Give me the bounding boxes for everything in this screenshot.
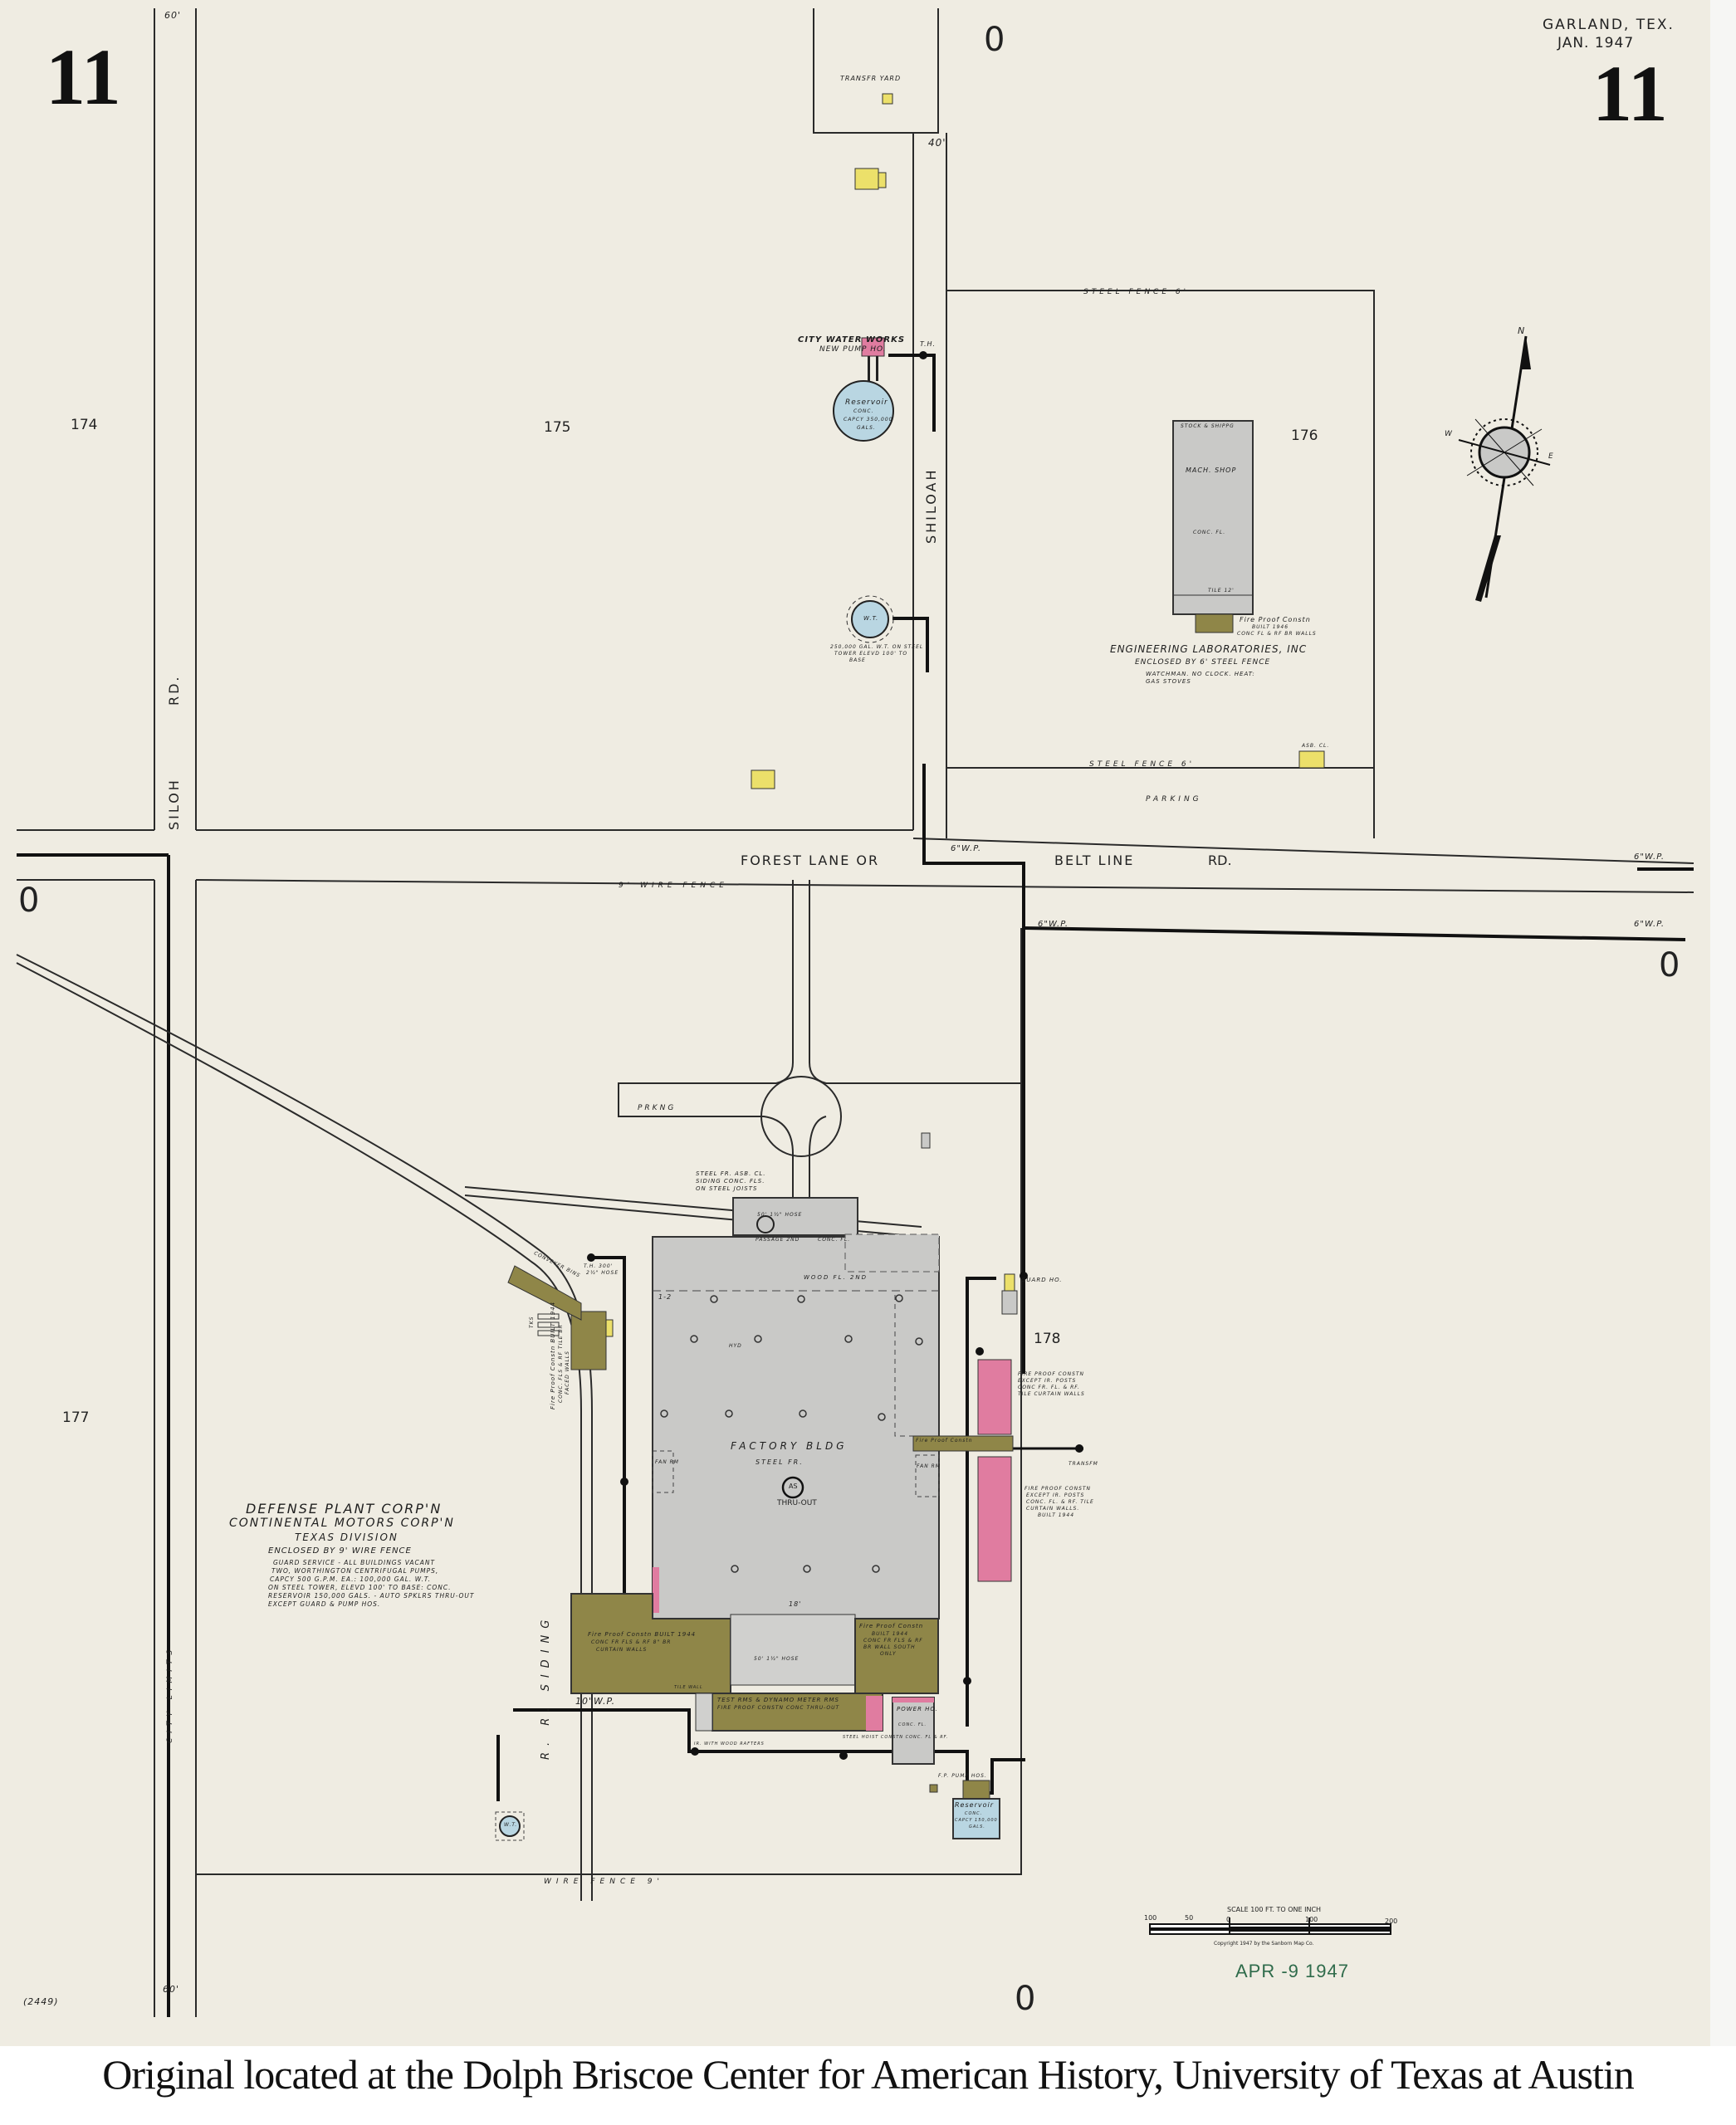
fan-room-east: FAN RM: [917, 1463, 941, 1469]
dwelling-north: [855, 169, 878, 189]
stock-shipping-label: STOCK & SHIPPG: [1181, 423, 1235, 429]
test-rooms-1: TEST RMS & DYNAMO METER RMS: [717, 1697, 839, 1703]
compass-w: W: [1445, 430, 1453, 438]
fp178-2a: FIRE PROOF CONSTN: [1024, 1486, 1091, 1492]
prkng-label: PRKNG: [638, 1104, 676, 1112]
fireproof-wing-east: [855, 1619, 938, 1693]
wire-fence-north: 9' WIRE FENCE: [619, 882, 728, 890]
passage-conc: CONC. FL.: [818, 1237, 850, 1243]
block-177: 177: [62, 1409, 89, 1426]
wt-north-label: W.T.: [863, 615, 878, 622]
fp-right-5: ONLY: [880, 1651, 897, 1657]
parking-label: PARKING: [1146, 795, 1202, 804]
reservoir-north-l2: CAPCY 350,000: [844, 417, 893, 423]
block-178: 178: [1034, 1331, 1060, 1347]
fp-right-4: BR WALL SOUTH: [863, 1644, 916, 1650]
wp-label-2: 6"W.P.: [1038, 920, 1068, 929]
city-water-works-label: CITY WATER WORKS: [798, 335, 905, 344]
mach-shop-label: MACH. SHOP: [1186, 467, 1236, 474]
eng-labs-enclosed: ENCLOSED BY 6' STEEL FENCE: [1135, 658, 1270, 667]
street-belt-line: BELT LINE: [1054, 852, 1134, 868]
scale-tick-200: 200: [1385, 1917, 1397, 1925]
fp178-1d: TILE CURTAIN WALLS: [1018, 1391, 1085, 1397]
fan-room-west: FAN RM: [655, 1459, 679, 1465]
factory-steel-fr: STEEL FR.: [756, 1458, 804, 1466]
defense-plant-note-1: GUARD SERVICE - ALL BUILDINGS VACANT: [273, 1559, 435, 1566]
defense-plant-note-2: TWO, WORTHINGTON CENTRIFUGAL PUMPS,: [271, 1567, 438, 1575]
dim-18: 18': [789, 1600, 801, 1608]
scale-tick-50: 50: [1185, 1914, 1193, 1922]
fp-right-3: CONC FR FLS & RF: [863, 1638, 923, 1644]
defense-plant-title-1: DEFENSE PLANT CORP'N: [246, 1501, 442, 1517]
boiler-fp-2: CONC. FLS & RF TILE BR: [558, 1324, 564, 1403]
street-shiloah: SHILOAH: [923, 467, 939, 544]
factory-as-mark: AS: [789, 1483, 798, 1490]
eng-fp-title: Fire Proof Constn: [1240, 616, 1311, 623]
power-house-conc: CONC. FL.: [898, 1722, 927, 1727]
factory-thru-out: THRU-OUT: [777, 1499, 817, 1507]
fp-left-3: CURTAIN WALLS: [596, 1647, 647, 1653]
eng-tile: TILE 12': [1208, 588, 1235, 594]
defense-plant-note-4: ON STEEL TOWER, ELEVD 100' TO BASE: CONC…: [268, 1584, 452, 1591]
reservoir-north-l3: GALS.: [857, 425, 876, 431]
reservoir-south-1: CONC.: [965, 1811, 982, 1816]
city-limits-label: CITY LIMITS: [166, 1645, 174, 1743]
reservoir-north-l1: CONC.: [853, 408, 874, 414]
wt-south-label: W.T.: [504, 1822, 517, 1828]
transfer-yard-label: TRANSFR YARD: [840, 75, 901, 82]
block-174: 174: [71, 417, 97, 433]
archive-caption: Original located at the Dolph Briscoe Ce…: [0, 2050, 1736, 2098]
eng-conc-fl: CONC. FL.: [1193, 530, 1225, 535]
fp178-1b: EXCEPT IR. POSTS: [1018, 1378, 1076, 1384]
defense-plant-title-2: CONTINENTAL MOTORS CORP'N: [229, 1517, 455, 1530]
street-belt-line-rd: RD.: [1208, 852, 1232, 868]
fp178-1a: FIRE PROOF CONSTN: [1018, 1371, 1084, 1377]
defense-plant-enclosed: ENCLOSED BY 9' WIRE FENCE: [268, 1546, 412, 1556]
office-note-3: ON STEEL JOISTS: [696, 1185, 757, 1192]
plate-mark-bottom: 0: [1015, 1980, 1035, 2018]
fp-pump-label: F.P. PUMP HOS.: [938, 1773, 987, 1779]
defense-plant-note-6: EXCEPT GUARD & PUMP HOS.: [268, 1600, 380, 1608]
siloh-width-bottom: 60': [163, 1984, 179, 1995]
steel-fence-north: STEEL FENCE 6': [1083, 288, 1189, 296]
reservoir-south-title: Reservoir: [955, 1801, 994, 1809]
office-178-north: [978, 1360, 1011, 1434]
block-176: 176: [1291, 427, 1318, 444]
eng-labs-notes-1: WATCHMAN. NO CLOCK. HEAT:: [1146, 671, 1255, 677]
asb-office: [1299, 751, 1324, 768]
eng-labs-name: ENGINEERING LABORATORIES, INC: [1110, 643, 1307, 655]
transfm-label: TRANSFM: [1068, 1461, 1098, 1467]
guard-ho-label: GUARD HO.: [1021, 1277, 1063, 1283]
test-rooms-2: FIRE PROOF CONSTN CONC THRU-OUT: [717, 1705, 839, 1711]
passage-label: PASSAGE 2ND: [756, 1237, 800, 1243]
office-note-2: SIDING CONC. FLS.: [696, 1178, 765, 1185]
compass-e: E: [1548, 452, 1554, 461]
wt-north-note-3: BASE: [849, 657, 866, 663]
steel-hoist: STEEL HOIST CONSTN CONC. FL & RF.: [843, 1735, 949, 1740]
fp178-2c: CONC. FL. & RF. TILE: [1026, 1499, 1094, 1505]
guard-house: [1002, 1291, 1017, 1314]
plate-mark-left: 0: [18, 882, 39, 920]
office-note-1: STEEL FR. ASB. CL.: [696, 1170, 766, 1177]
eng-fp-built: BUILT 1946: [1252, 624, 1289, 630]
steel-fence-south: STEEL FENCE 6': [1089, 760, 1195, 769]
sheet-number-left: 11: [46, 37, 121, 117]
eng-labs-notes-2: GAS STOVES: [1146, 678, 1191, 685]
scale-tick-100-left: 100: [1144, 1914, 1157, 1922]
sheet-number-right: 11: [1592, 54, 1668, 134]
factory-building: [653, 1237, 939, 1619]
wire-fence-south: WIRE FENCE 9': [544, 1878, 664, 1886]
th-hose-label-2: 2½" HOSE: [586, 1270, 619, 1276]
street-forest-lane: FOREST LANE OR: [741, 852, 879, 868]
street-siloh: SILOH: [166, 778, 182, 830]
reservoir-south-2: CAPCY 150,000: [955, 1818, 998, 1823]
compass-rose: [1459, 336, 1550, 602]
power-house-label: POWER HO.: [897, 1706, 938, 1712]
sheet-date: JAN. 1947: [1558, 35, 1634, 51]
fp-right-2: BUILT 1944: [872, 1631, 908, 1637]
hose-50-b: 50' 1½" HOSE: [754, 1656, 799, 1662]
fp178-1c: CONC FR. FL. & RF.: [1018, 1385, 1080, 1390]
reservoir-south-3: GALS.: [969, 1825, 985, 1829]
asb-label: ASB. CL.: [1302, 743, 1329, 749]
office-178-south: [978, 1457, 1011, 1581]
dwelling-d: [751, 770, 775, 789]
transfer-yard-shed: [883, 94, 892, 104]
defense-plant-note-5: RESERVOIR 150,000 GALS. - AUTO SPKLRS TH…: [268, 1592, 474, 1600]
ir-rafters: IR. WITH WOOD RAFTERS: [694, 1742, 765, 1746]
factory-title: FACTORY BLDG: [731, 1440, 848, 1452]
th-north: T.H.: [920, 340, 936, 348]
siloh-width-top: 60': [164, 10, 181, 21]
fp178-2d: CURTAIN WALLS.: [1026, 1506, 1079, 1512]
boiler-house: [571, 1312, 606, 1370]
factory-wood-fl: WOOD FL. 2ND: [804, 1274, 868, 1281]
street-siloh-rd: RD.: [166, 674, 182, 706]
fp178-conc: Fire Proof Constn: [916, 1438, 973, 1444]
th-hose-label-1: T.H. 300': [584, 1263, 613, 1269]
factory-hyd: HYD: [729, 1343, 742, 1349]
received-stamp: APR -9 1947: [1235, 1961, 1349, 1982]
factory-stories: 1-2: [658, 1293, 672, 1301]
mach-shop: [1173, 421, 1253, 614]
shiloah-width: 40': [928, 137, 946, 149]
office-hose: 50' 1½" HOSE: [757, 1212, 802, 1218]
defense-plant-title-3: TEXAS DIVISION: [295, 1531, 399, 1543]
fp-pump-house: [963, 1781, 990, 1799]
new-pump-ho-label: NEW PUMP HO.: [819, 345, 887, 354]
city-title: GARLAND, TEX.: [1543, 17, 1675, 33]
plate-mark-right: 0: [1659, 946, 1680, 984]
fp-left-2: CONC FR FLS & RF 8" BR: [591, 1639, 671, 1645]
boiler-fp-3: FACED WALLS: [565, 1351, 570, 1395]
wp-label-4: 6"W.P.: [1634, 852, 1665, 862]
rr-siding-label: R. R. SIDING: [540, 1614, 552, 1760]
wt-north-note-2: TOWER ELEVD 100' TO: [834, 651, 907, 657]
boiler-fp-1: Fire Proof Constn BUILT 1944: [550, 1302, 556, 1409]
compass-n: N: [1518, 325, 1525, 336]
copyright: Copyright 1947 by the Sanborn Map Co.: [1214, 1941, 1314, 1947]
index-code: (2449): [23, 1996, 59, 2007]
wp-label-1: 6"W.P.: [951, 844, 981, 853]
engineering-fireproof-wing: [1196, 614, 1233, 633]
defense-plant-note-3: CAPCY 500 G.P.M. EA.: 100,000 GAL. W.T.: [270, 1575, 431, 1583]
tks-label: TKS: [529, 1317, 535, 1328]
fp-right-1: Fire Proof Constn: [859, 1623, 923, 1629]
plate-mark-top: 0: [984, 21, 1005, 59]
block-175: 175: [544, 419, 570, 436]
fp178-2e: BUILT 1944: [1038, 1512, 1074, 1518]
scale-tick-0: 0: [1226, 1916, 1230, 1923]
reservoir-north-title: Reservoir: [845, 398, 888, 407]
scale-title: SCALE 100 FT. TO ONE INCH: [1227, 1906, 1321, 1913]
eng-fp-detail: CONC FL & RF BR WALLS: [1237, 631, 1317, 637]
wp-label-3: 6"W.P.: [1634, 920, 1665, 929]
wp-label-10: 10"W.P.: [575, 1696, 615, 1707]
wt-north-note-1: 250,000 GAL. W.T. ON STEEL: [830, 644, 923, 650]
tile-wall: TILE WALL: [674, 1685, 703, 1690]
fp178-2b: EXCEPT IR. POSTS: [1026, 1492, 1084, 1498]
fp-left-1: Fire Proof Constn BUILT 1944: [588, 1631, 696, 1638]
scale-tick-100: 100: [1305, 1916, 1318, 1923]
